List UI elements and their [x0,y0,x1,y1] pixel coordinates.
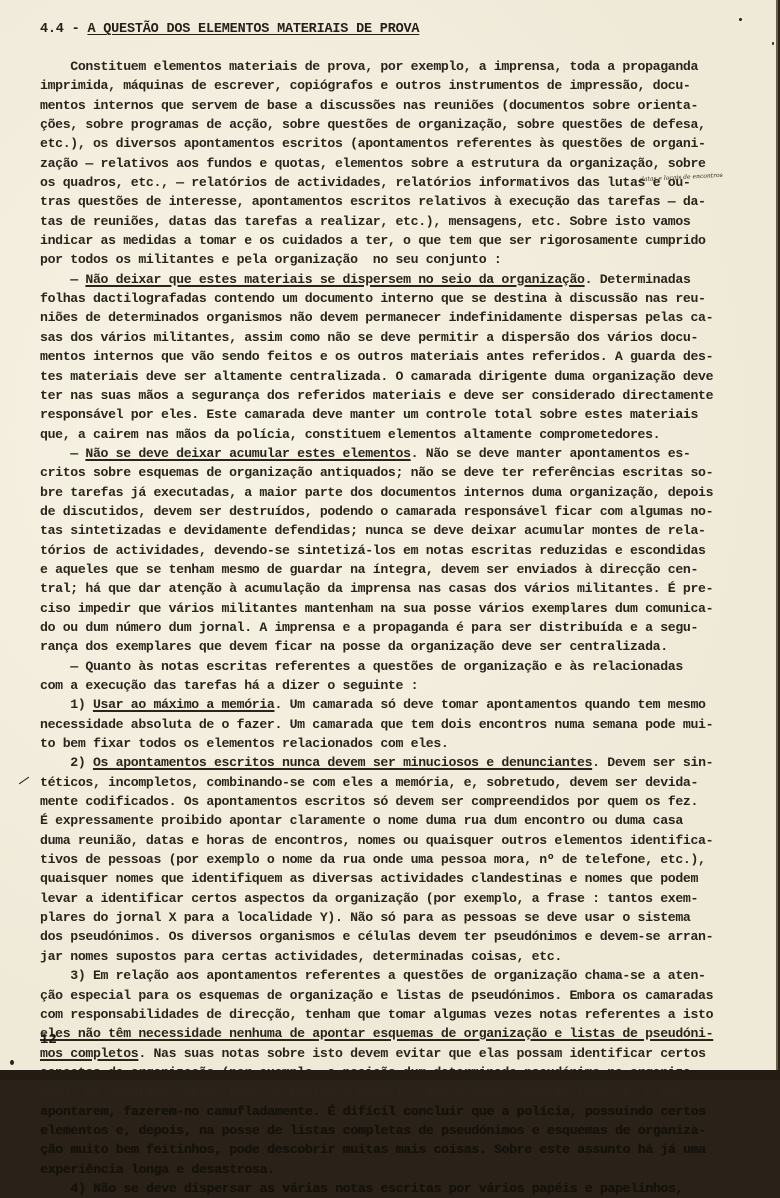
text-line: zação — relativos aos fundos e quotas, e… [40,154,740,173]
text-line: tivos de pessoas (por exemplo o nome da … [40,850,740,869]
text-line: 3) Em relação aos apontamentos referente… [40,966,740,985]
text-line: É expressamente proibido apontar clarame… [40,811,740,830]
text-line: com responsabilidades de direcção, tenha… [40,1005,740,1024]
text-line: — Não deixar que estes materiais se disp… [40,270,740,289]
text-line: plares do jornal X para a localidade Y).… [40,908,740,927]
text-line: 1) Usar ao máximo a memória. Um camarada… [40,695,740,714]
text-line: dos pseudónimos. Os diversos organismos … [40,927,740,946]
text-line: ciso impedir que vários militantes mante… [40,599,740,618]
text-line: e aqueles que se tenham mesmo de guardar… [40,560,740,579]
text-line: com a execução das tarefas há a dizer o … [40,676,740,695]
text-line: tes materiais deve ser altamente central… [40,367,740,386]
ink-speck [739,18,742,21]
text-line: — Não se deve deixar acumular estes elem… [40,444,740,463]
text-line: quaisquer nomes que identifiquem as dive… [40,869,740,888]
text-line: eles não têm necessidade nenhuma de apon… [40,1024,740,1043]
text-line: 2) Os apontamentos escritos nunca devem … [40,753,740,772]
text-line: mente codificados. Os apontamentos escri… [40,792,740,811]
text-line: etc.), os diversos apontamentos escritos… [40,134,740,153]
ink-speck [19,777,29,785]
text-line: imprimida, máquinas de escrever, copiógr… [40,76,740,95]
text-line: responsável por eles. Este camarada deve… [40,405,740,424]
text-line: indicar as medidas a tomar e os cuidados… [40,231,740,250]
section-heading: 4.4 - A QUESTÃO DOS ELEMENTOS MATERIAIS … [40,22,419,37]
ink-speck [10,1060,14,1065]
text-line: por todos os militantes e pela organizaç… [40,250,740,269]
page-number: 12 [40,1032,57,1048]
text-line: to bem fixar todos os elementos relacion… [40,734,740,753]
text-line: tas sintetizadas e devidamente defendida… [40,521,740,540]
text-line: tras questões de interesse, apontamentos… [40,192,740,211]
text-line: tas de reuniões, datas das tarefas a rea… [40,212,740,231]
text-line: ter nas suas mãos a segurança dos referi… [40,386,740,405]
text-line: ção especial para os esquemas de organiz… [40,986,740,1005]
scan-edge [0,1070,780,1080]
text-line: os quadros, etc., — relatórios de activi… [40,173,740,192]
text-line: bre tarefas já executadas, a maior parte… [40,483,740,502]
text-line: necessidade absoluta de o fazer. Um cama… [40,715,740,734]
typewritten-page: 4.4 - A QUESTÃO DOS ELEMENTOS MATERIAIS … [0,0,778,1072]
text-line: mentos internos que servem de base a dis… [40,96,740,115]
text-line: tral; há que dar atenção à acumulação da… [40,579,740,598]
section-title: A QUESTÃO DOS ELEMENTOS MATERIAIS DE PRO… [87,22,419,37]
text-line: ções, sobre programas de acção, sobre qu… [40,115,740,134]
text-line: Constituem elementos materiais de prova,… [40,57,740,76]
text-line: mentos internos que vão sendo feitos e o… [40,347,740,366]
body-text: Constituem elementos materiais de prova,… [40,57,740,1080]
text-line: — Quanto às notas escritas referentes a … [40,657,740,676]
text-line: folhas dactilografadas contendo um docum… [40,289,740,308]
text-line: jar nomes supostos para certas actividad… [40,947,740,966]
text-line: tórios de actividades, devendo-se sintet… [40,541,740,560]
ink-speck [772,42,774,45]
text-line: rança dos exemplares que devem ficar na … [40,637,740,656]
section-number: 4.4 [40,22,64,37]
text-line: do ou dum número dum jornal. A imprensa … [40,618,740,637]
text-line: téticos, incompletos, combinando-se com … [40,773,740,792]
text-line: levar a identificar certos aspectos da o… [40,889,740,908]
text-line: mos completos. Nas suas notas sobre isto… [40,1044,740,1063]
text-line: sas dos vários militantes, assim como nã… [40,328,740,347]
text-line: duma reunião, datas e horas de encontros… [40,831,740,850]
text-line: que, a cairem nas mãos da polícia, const… [40,425,740,444]
text-line: niões de determinados organismos não dev… [40,308,740,327]
text-line: de discutidos, devem ser destruídos, pod… [40,502,740,521]
text-line: critos sobre esquemas de organização ant… [40,463,740,482]
